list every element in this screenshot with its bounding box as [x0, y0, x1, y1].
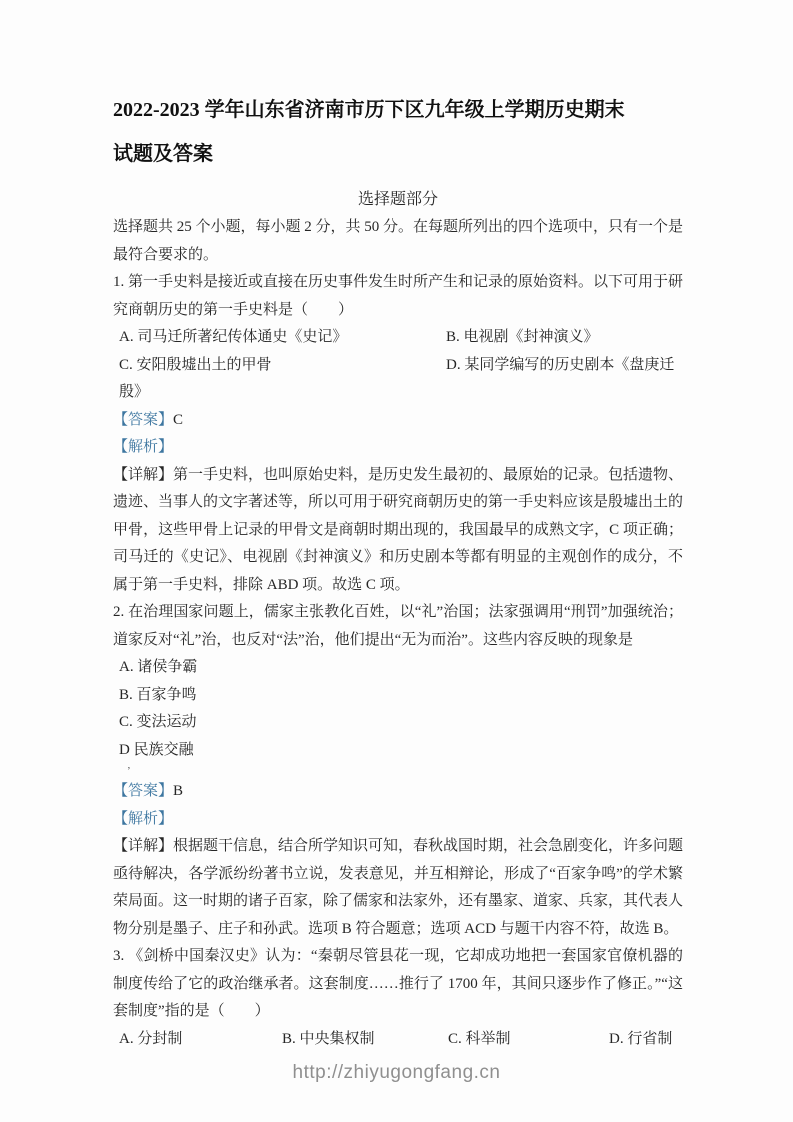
question-2-option-a: A. 诸侯争霸: [113, 654, 683, 682]
question-1-analysis-line: 【解析】: [113, 434, 683, 462]
question-1-answer-line: 【答案】C: [113, 407, 683, 435]
question-1-option-a: A. 司马迁所著纪传体通史《史记》: [119, 324, 446, 352]
question-1-stem: 1. 第一手史料是接近或直接在历史事件发生时所产生和记录的原始资料。以下可用于研…: [113, 269, 683, 324]
analysis-marker: 【解析】: [113, 439, 173, 455]
question-3-options: A. 分封制B. 中央集权制C. 科举制D. 行省制: [113, 1026, 683, 1054]
watermark-url: http://zhiyugongfang.cn: [0, 1062, 793, 1084]
question-3-option-b: B. 中央集权制: [282, 1026, 448, 1054]
title-line-1: 2022-2023 学年山东省济南市历下区九年级上学期历史期末: [113, 88, 683, 132]
question-2-option-b: B. 百家争鸣: [113, 682, 683, 710]
answer-marker: 【答案】: [113, 783, 173, 799]
document-page: 2022-2023 学年山东省济南市历下区九年级上学期历史期末 试题及答案 选择…: [0, 0, 793, 1122]
question-2-answer-line: 【答案】B: [113, 778, 683, 806]
question-1-detail: 【详解】第一手史料，也叫原始史料，是历史发生最初的、最原始的记录。包括遗物、遗迹…: [113, 462, 683, 600]
question-2-detail: 【详解】根据题干信息，结合所学知识可知，春秋战国时期，社会急剧变化，许多问题亟待…: [113, 833, 683, 943]
question-2-answer-value: B: [173, 783, 183, 799]
question-1-answer-value: C: [173, 412, 183, 428]
stray-mark: ’: [113, 764, 683, 778]
question-3-option-d: D. 行省制: [609, 1031, 672, 1047]
question-3-option-c: C. 科举制: [448, 1026, 609, 1054]
exam-instructions: 选择题共 25 个小题，每小题 2 分，共 50 分。在每题所列出的四个选项中，…: [113, 214, 683, 269]
question-2-option-c: C. 变法运动: [113, 709, 683, 737]
question-1-options: A. 司马迁所著纪传体通史《史记》B. 电视剧《封神演义》 C. 安阳殷墟出土的…: [113, 324, 683, 407]
question-3-option-a: A. 分封制: [119, 1026, 282, 1054]
question-2-stem: 2. 在治理国家问题上，儒家主张教化百姓，以“礼”治国；法家强调用“刑罚”加强统…: [113, 599, 683, 654]
section-heading: 选择题部分: [113, 186, 683, 214]
answer-marker: 【答案】: [113, 412, 173, 428]
title-line-2: 试题及答案: [113, 132, 683, 176]
question-3-stem: 3. 《剑桥中国秦汉史》认为：“秦朝尽管县花一现，它却成功地把一套国家官僚机器的…: [113, 943, 683, 1026]
question-1-option-b: B. 电视剧《封神演义》: [446, 329, 599, 345]
question-2-option-d: D 民族交融: [113, 737, 683, 765]
question-2-analysis-line: 【解析】: [113, 806, 683, 834]
analysis-marker: 【解析】: [113, 811, 173, 827]
question-1-option-c: C. 安阳殷墟出土的甲骨: [119, 352, 446, 380]
document-title: 2022-2023 学年山东省济南市历下区九年级上学期历史期末 试题及答案: [113, 88, 683, 176]
